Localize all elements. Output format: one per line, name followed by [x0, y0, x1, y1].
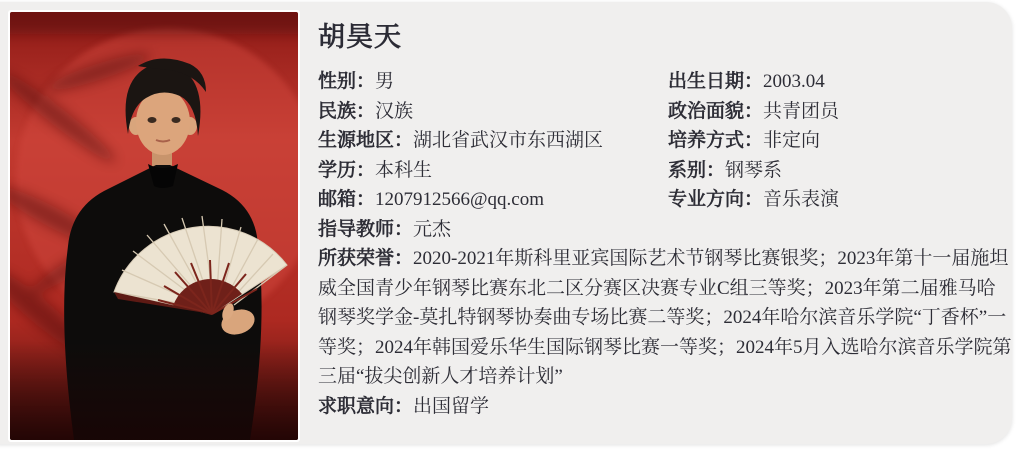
eye-left [148, 117, 157, 123]
field-value: 男 [375, 71, 394, 92]
field-education: 学历：本科生 [318, 156, 668, 186]
field-label: 邮箱： [318, 189, 375, 210]
field-label: 专业方向： [668, 189, 763, 210]
field-label: 指导教师： [318, 219, 413, 240]
fields-column-left: 性别：男 民族：汉族 生源地区：湖北省武汉市东西湖区 学历：本科生 邮箱：120… [318, 67, 668, 244]
fields-column-right: 出生日期：2003.04 政治面貌：共青团员 培养方式：非定向 系别：钢琴系 专… [668, 67, 1014, 244]
honors-text: 2020-2021年斯科里亚宾国际艺术节钢琴比赛银奖；2023年第十一届施坦威全… [318, 248, 1012, 387]
portrait-photo [8, 10, 300, 442]
email-value: 1207912566@qq.com [375, 189, 544, 210]
field-job-intention: 求职意向：出国留学 [318, 392, 1014, 422]
field-label: 学历： [318, 160, 375, 181]
field-label: 系别： [668, 160, 725, 181]
field-value: 汉族 [375, 101, 413, 122]
field-value: 非定向 [763, 130, 820, 151]
field-label: 生源地区： [318, 130, 413, 151]
field-advisor: 指导教师：元杰 [318, 215, 668, 245]
field-label: 民族： [318, 101, 375, 122]
resume-info: 胡昊天 性别：男 民族：汉族 生源地区：湖北省武汉市东西湖区 学历：本科生 邮箱… [318, 20, 1014, 421]
field-birth-date: 出生日期：2003.04 [668, 67, 1014, 97]
person-name: 胡昊天 [318, 20, 1014, 54]
field-ethnicity: 民族：汉族 [318, 97, 668, 127]
field-label: 培养方式： [668, 130, 763, 151]
field-value: 2003.04 [763, 71, 825, 92]
field-label: 求职意向： [318, 396, 413, 417]
portrait-illustration [10, 12, 298, 440]
field-training-mode: 培养方式：非定向 [668, 126, 1014, 156]
field-gender: 性别：男 [318, 67, 668, 97]
field-label: 出生日期： [668, 71, 763, 92]
field-label: 政治面貌： [668, 101, 763, 122]
eye-right [172, 117, 181, 123]
field-value: 出国留学 [413, 396, 489, 417]
field-value: 湖北省武汉市东西湖区 [413, 130, 603, 151]
field-value: 钢琴系 [725, 160, 782, 181]
field-label: 性别： [318, 71, 375, 92]
honors-label: 所获荣誉： [318, 248, 413, 269]
honors-paragraph: 所获荣誉：2020-2021年斯科里亚宾国际艺术节钢琴比赛银奖；2023年第十一… [318, 244, 1014, 392]
field-department: 系别：钢琴系 [668, 156, 1014, 186]
field-value: 本科生 [375, 160, 432, 181]
field-value: 元杰 [413, 219, 451, 240]
field-major: 专业方向：音乐表演 [668, 185, 1014, 215]
field-email: 邮箱：1207912566@qq.com [318, 185, 668, 215]
field-political-status: 政治面貌：共青团员 [668, 97, 1014, 127]
field-value: 共青团员 [763, 101, 839, 122]
fields-grid: 性别：男 民族：汉族 生源地区：湖北省武汉市东西湖区 学历：本科生 邮箱：120… [318, 67, 1014, 244]
bottom-shadow [10, 342, 298, 440]
field-value: 音乐表演 [763, 189, 839, 210]
field-origin-region: 生源地区：湖北省武汉市东西湖区 [318, 126, 668, 156]
